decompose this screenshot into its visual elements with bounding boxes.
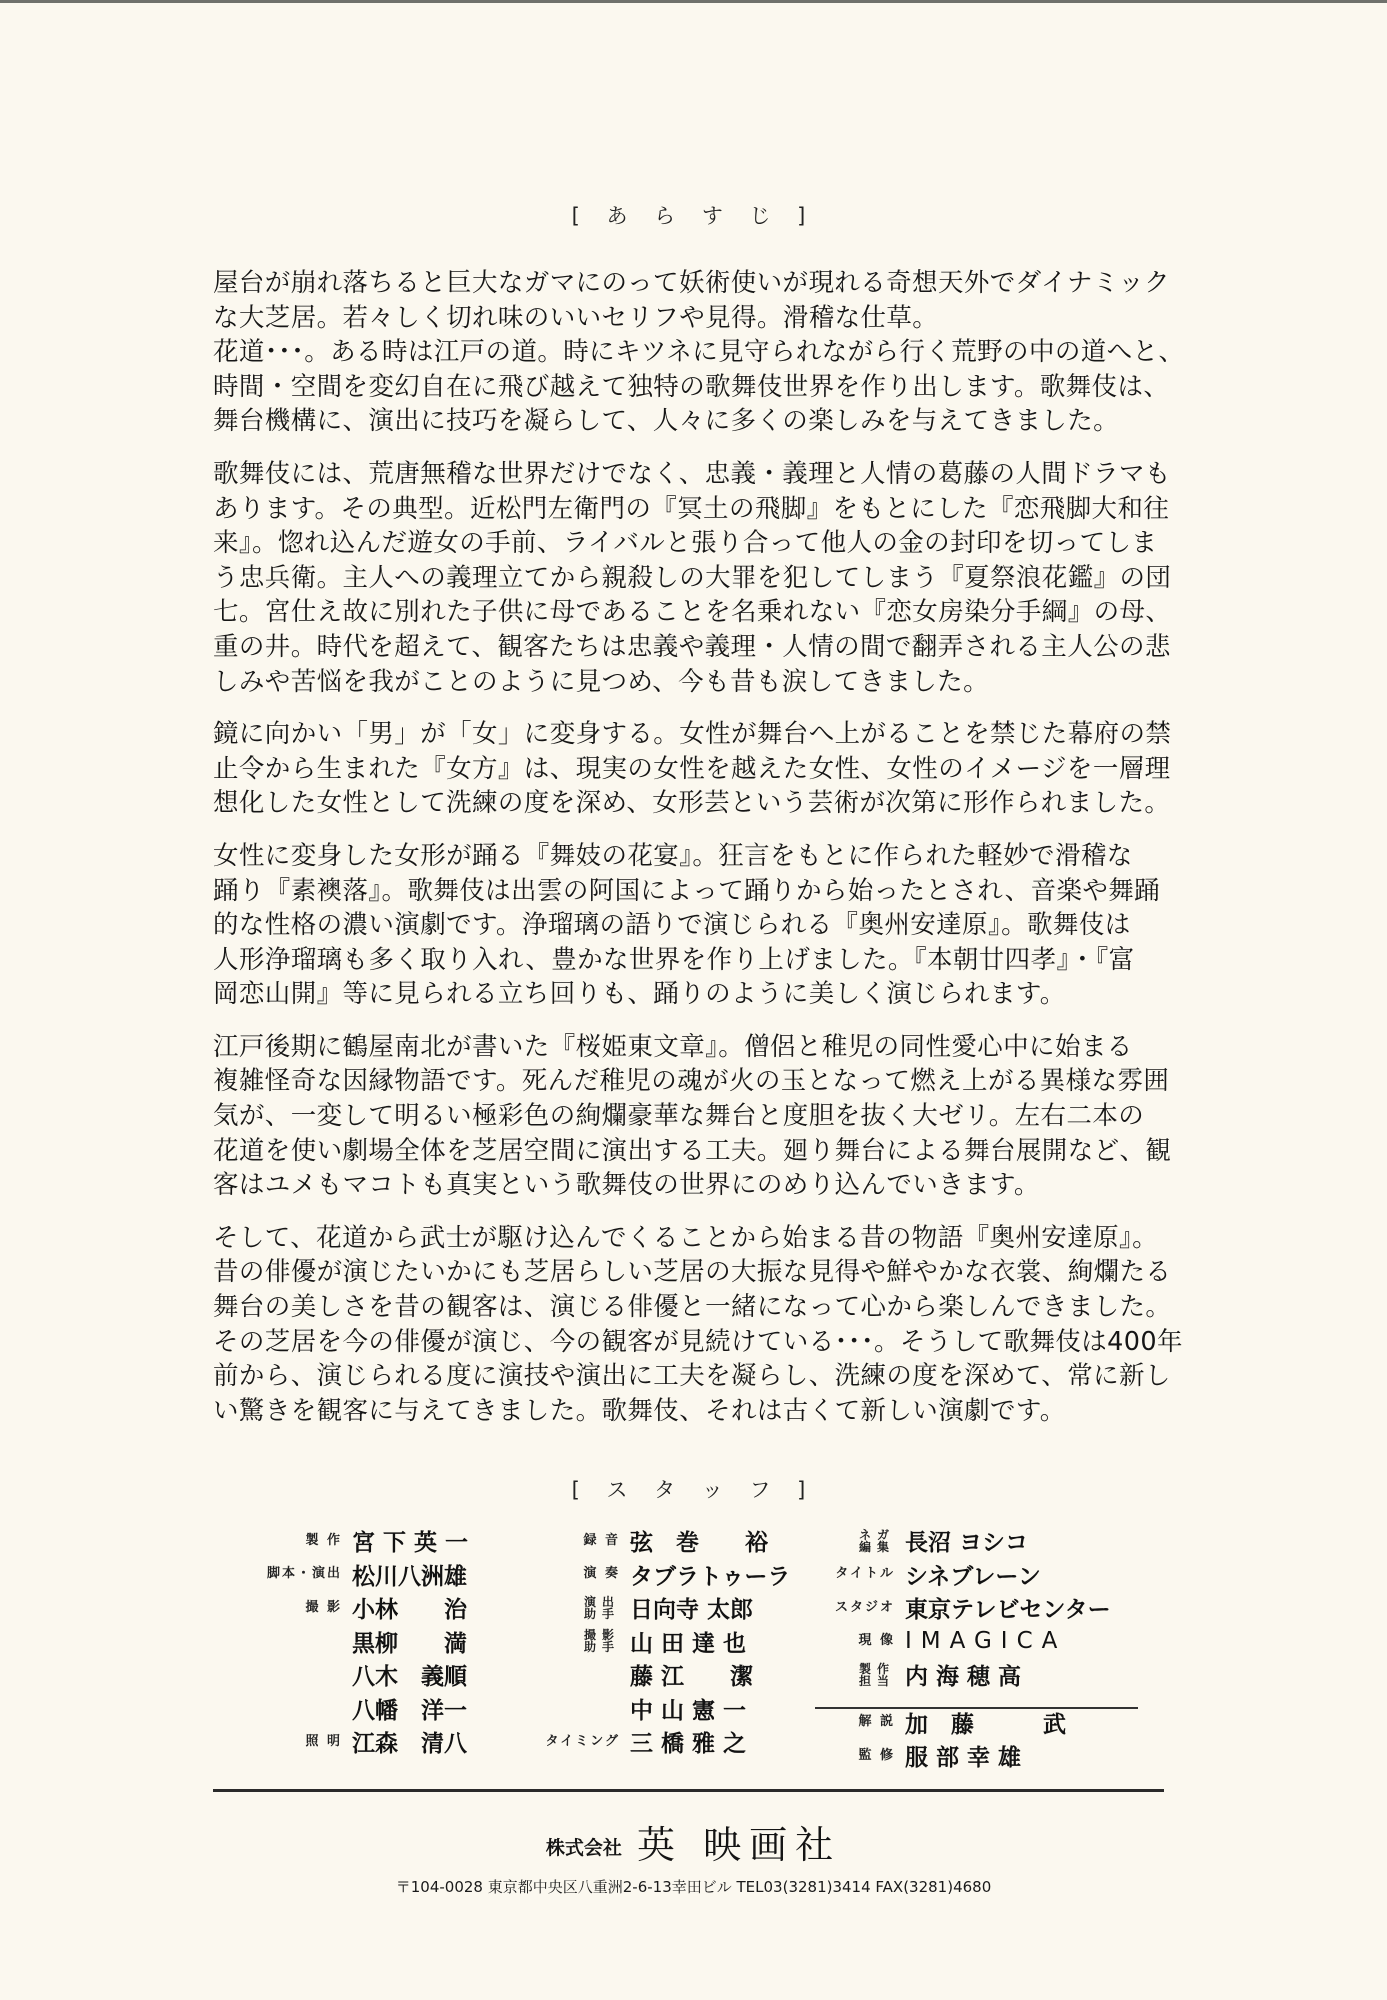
staff-name: 加 藤 武: [905, 1706, 1066, 1739]
staff-row: 中 山 憲 一: [532, 1692, 790, 1726]
staff-role: 照 明: [232, 1735, 342, 1749]
synopsis-line: い驚きを観客に与えてきました。歌舞伎、それは古くて新しい演劇です。: [213, 1394, 1203, 1429]
staff-role: スタジオ: [808, 1601, 895, 1615]
staff-row: 八木 義順: [232, 1658, 482, 1692]
staff-role: 製作担当: [808, 1663, 895, 1687]
staff-row: 演出助手日向寺 太郎: [532, 1591, 790, 1625]
staff-name: 八木 義順: [352, 1658, 482, 1691]
staff-row: 監 修服 部 幸 雄: [808, 1739, 1111, 1773]
synopsis-paragraph: そして、花道から武士が駆け込んでくることから始まる昔の物語『奥州安達原』。昔の俳…: [213, 1221, 1203, 1429]
synopsis-line: 複雑怪奇な因縁物語です。死んだ稚児の魂が火の玉となって燃え上がる異様な雰囲: [213, 1064, 1203, 1099]
synopsis-line: その芝居を今の俳優が演じ、今の観客が見続けている･･･。そうして歌舞伎は400年: [213, 1325, 1203, 1360]
staff-row: 製 作宮 下 英 一: [232, 1524, 482, 1558]
company-name: 英 映画社: [637, 1823, 841, 1867]
staff-row: ネガ編集長沼 ヨシコ: [808, 1524, 1111, 1558]
synopsis-line: 七。宮仕え故に別れた子供に母であることを名乗れない『恋女房染分手綱』の母、: [213, 595, 1203, 630]
staff-row: 解 説加 藤 武: [808, 1706, 1111, 1740]
staff-role: 製 作: [232, 1534, 342, 1548]
synopsis-line: 止令から生まれた『女方』は、現実の女性を越えた女性、女性のイメージを一層理: [213, 752, 1203, 787]
staff-column-left: 製 作宮 下 英 一脚本・演出松川八洲雄撮 影小林 治黒柳 満八木 義順八幡 洋…: [232, 1524, 482, 1759]
staff-row: 演 奏タブラトゥーラ: [532, 1558, 790, 1592]
synopsis-body: 屋台が崩れ落ちると巨大なガマにのって妖術使いが現れる奇想天外でダイナミックな大芝…: [213, 266, 1203, 1446]
staff-name: 日向寺 太郎: [630, 1591, 753, 1624]
staff-role: 撮影助手: [532, 1629, 620, 1653]
staff-name: 山 田 達 也: [630, 1625, 746, 1658]
staff-column-right: ネガ編集長沼 ヨシコタイトルシネブレーンスタジオ東京テレビセンター現 像IMAG…: [808, 1524, 1111, 1773]
synopsis-line: う忠兵衛。主人への義理立てから親殺しの大罪を犯してしまう『夏祭浪花鑑』の団: [213, 561, 1203, 596]
synopsis-line: 時間・空間を変幻自在に飛び越えて独特の歌舞伎世界を作り出します。歌舞伎は、: [213, 370, 1203, 405]
staff-row: 録 音弦 巻 裕: [532, 1524, 790, 1558]
staff-row: 撮 影小林 治: [232, 1591, 482, 1625]
staff-name: 八幡 洋一: [352, 1692, 482, 1725]
company-prefix: 株式会社: [546, 1837, 622, 1859]
staff-name: IMAGICA: [905, 1628, 1066, 1654]
staff-heading: [ ス タ ッ フ ]: [0, 1474, 1387, 1504]
staff-role: 脚本・演出: [232, 1567, 342, 1581]
synopsis-line: 重の井。時代を超えて、観客たちは忠義や義理・人情の間で翻弄される主人公の悲: [213, 630, 1203, 665]
synopsis-line: しみや苦悩を我がことのように見つめ、今も昔も涙してきました。: [213, 665, 1203, 700]
staff-row: タイミング三 橋 雅 之: [532, 1725, 790, 1759]
staff-name: 三 橋 雅 之: [630, 1725, 746, 1758]
synopsis-paragraph: 屋台が崩れ落ちると巨大なガマにのって妖術使いが現れる奇想天外でダイナミックな大芝…: [213, 266, 1203, 439]
synopsis-line: 屋台が崩れ落ちると巨大なガマにのって妖術使いが現れる奇想天外でダイナミック: [213, 266, 1203, 301]
staff-name: 宮 下 英 一: [352, 1524, 482, 1557]
staff-role: 演 奏: [532, 1567, 620, 1581]
synopsis-line: 鏡に向かい「男」が「女」に変身する。女性が舞台へ上がることを禁じた幕府の禁: [213, 717, 1203, 752]
synopsis-paragraph: 江戸後期に鶴屋南北が書いた『桜姫東文章』。僧侶と稚児の同性愛心中に始まる複雑怪奇…: [213, 1030, 1203, 1203]
staff-role: 解 説: [808, 1715, 895, 1729]
synopsis-line: 舞台の美しさを昔の観客は、演じる俳優と一緒になって心から楽しんできました。: [213, 1290, 1203, 1325]
company-block: 株式会社 英 映画社: [0, 1814, 1387, 1869]
staff-role: 録 音: [532, 1534, 620, 1548]
page-top-edge: [0, 0, 1387, 3]
staff-name: 長沼 ヨシコ: [905, 1524, 1028, 1557]
company-address: 〒104-0028 東京都中央区八重洲2-6-13幸田ビル TEL03(3281…: [0, 1876, 1387, 1897]
staff-role: 撮 影: [232, 1601, 342, 1615]
staff-row: 製作担当内 海 穂 高: [808, 1658, 1111, 1692]
staff-role: タイミング: [532, 1735, 620, 1749]
synopsis-line: 江戸後期に鶴屋南北が書いた『桜姫東文章』。僧侶と稚児の同性愛心中に始まる: [213, 1030, 1203, 1065]
synopsis-line: 女性に変身した女形が踊る『舞妓の花宴』。狂言をもとに作られた軽妙で滑稽な: [213, 839, 1203, 874]
staff-row: タイトルシネブレーン: [808, 1558, 1111, 1592]
staff-name: 内 海 穂 高: [905, 1658, 1021, 1691]
synopsis-paragraph: 女性に変身した女形が踊る『舞妓の花宴』。狂言をもとに作られた軽妙で滑稽な踊り『素…: [213, 839, 1203, 1012]
staff-role: 監 修: [808, 1749, 895, 1763]
staff-row: 藤 江 潔: [532, 1658, 790, 1692]
staff-row: 八幡 洋一: [232, 1692, 482, 1726]
staff-role: ネガ編集: [808, 1529, 895, 1553]
synopsis-line: 来』。惚れ込んだ遊女の手前、ライバルと張り合って他人の金の封印を切ってしま: [213, 526, 1203, 561]
staff-row: スタジオ東京テレビセンター: [808, 1591, 1111, 1625]
staff-divider: [815, 1707, 1138, 1709]
synopsis-line: 踊り『素襖落』。歌舞伎は出雲の阿国によって踊りから始ったとされ、音楽や舞踊: [213, 874, 1203, 909]
synopsis-line: 歌舞伎には、荒唐無稽な世界だけでなく、忠義・義理と人情の葛藤の人間ドラマも: [213, 457, 1203, 492]
staff-name: 松川八洲雄: [352, 1558, 482, 1591]
synopsis-line: 昔の俳優が演じたいかにも芝居らしい芝居の大振な見得や鮮やかな衣裳、絢爛たる: [213, 1255, 1203, 1290]
synopsis-line: 人形浄瑠璃も多く取り入れ、豊かな世界を作り上げました。『本朝廿四孝』・『富: [213, 943, 1203, 978]
synopsis-line: そして、花道から武士が駆け込んでくることから始まる昔の物語『奥州安達原』。: [213, 1221, 1203, 1256]
synopsis-line: 想化した女性として洗練の度を深め、女形芸という芸術が次第に形作られました。: [213, 786, 1203, 821]
staff-role: タイトル: [808, 1567, 895, 1581]
staff-row: 照 明江森 清八: [232, 1725, 482, 1759]
synopsis-line: 前から、演じられる度に演技や演出に工夫を凝らし、洗練の度を深めて、常に新し: [213, 1359, 1203, 1394]
synopsis-heading: [ あ ら す じ ]: [0, 200, 1387, 230]
staff-row: 黒柳 満: [232, 1625, 482, 1659]
staff-name: 服 部 幸 雄: [905, 1739, 1021, 1772]
staff-role: 演出助手: [532, 1596, 620, 1620]
synopsis-line: 岡恋山開』等に見られる立ち回りも、踊りのように美しく演じられます。: [213, 977, 1203, 1012]
staff-credits: 製 作宮 下 英 一脚本・演出松川八洲雄撮 影小林 治黒柳 満八木 義順八幡 洋…: [0, 1524, 1387, 1764]
synopsis-line: 花道･･･。ある時は江戸の道。時にキツネに見守られながら行く荒野の中の道へと、: [213, 335, 1203, 370]
synopsis-paragraph: 歌舞伎には、荒唐無稽な世界だけでなく、忠義・義理と人情の葛藤の人間ドラマもありま…: [213, 457, 1203, 699]
staff-name: タブラトゥーラ: [630, 1558, 790, 1591]
staff-name: 東京テレビセンター: [905, 1591, 1111, 1624]
footer-rule: [213, 1789, 1164, 1792]
staff-column-middle: 録 音弦 巻 裕演 奏タブラトゥーラ演出助手日向寺 太郎撮影助手山 田 達 也藤…: [532, 1524, 790, 1759]
staff-row: 現 像IMAGICA: [808, 1625, 1111, 1659]
staff-name: 黒柳 満: [352, 1625, 482, 1658]
synopsis-line: あります。その典型。近松門左衛門の『冥土の飛脚』をもとにした『恋飛脚大和往: [213, 492, 1203, 527]
synopsis-line: 花道を使い劇場全体を芝居空間に演出する工夫。廻り舞台による舞台展開など、観: [213, 1134, 1203, 1169]
synopsis-line: 気が、一変して明るい極彩色の絢爛豪華な舞台と度胆を抜く大ゼリ。左右二本の: [213, 1099, 1203, 1134]
staff-role: 現 像: [808, 1634, 895, 1648]
staff-name: 小林 治: [352, 1591, 482, 1624]
synopsis-paragraph: 鏡に向かい「男」が「女」に変身する。女性が舞台へ上がることを禁じた幕府の禁止令か…: [213, 717, 1203, 821]
staff-name: 中 山 憲 一: [630, 1692, 746, 1725]
synopsis-line: 舞台機構に、演出に技巧を凝らして、人々に多くの楽しみを与えてきました。: [213, 404, 1203, 439]
synopsis-line: な大芝居。若々しく切れ味のいいセリフや見得。滑稽な仕草。: [213, 301, 1203, 336]
staff-row: 脚本・演出松川八洲雄: [232, 1558, 482, 1592]
synopsis-line: 客はユメもマコトも真実という歌舞伎の世界にのめり込んでいきます。: [213, 1168, 1203, 1203]
staff-name: 藤 江 潔: [630, 1658, 753, 1691]
staff-name: 弦 巻 裕: [630, 1524, 768, 1557]
staff-name: 江森 清八: [352, 1725, 482, 1758]
staff-row: 撮影助手山 田 達 也: [532, 1625, 790, 1659]
staff-name: シネブレーン: [905, 1558, 1041, 1591]
synopsis-line: 的な性格の濃い演劇です。浄瑠璃の語りで演じられる『奥州安達原』。歌舞伎は: [213, 908, 1203, 943]
